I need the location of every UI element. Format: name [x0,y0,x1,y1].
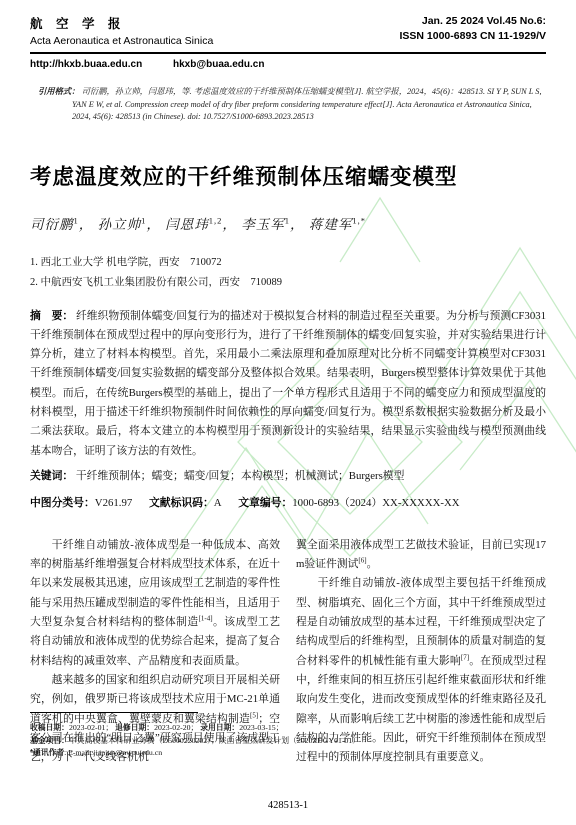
abstract-label: 摘 要： [30,310,73,322]
citation-block: 引用格式： 司衍鹏，孙立帅，闫恩玮，等. 考虑温度效应的干纤维预制体压缩蠕变模型… [38,86,546,124]
journal-title-chinese: 航 空 学 报 [30,14,213,32]
issue-info: Jan. 25 2024 Vol.45 No.6: ISSN 1000-6893… [399,14,546,44]
issn-line: ISSN 1000-6893 CN 11-1929/V [399,29,546,44]
citation-label: 引用格式： [38,87,80,96]
reference-marker: [1-4] [199,614,213,622]
journal-title-english: Acta Aeronautica et Astronautica Sinica [30,35,213,47]
issue-date-volume: Jan. 25 2024 Vol.45 No.6: [399,14,546,29]
body-paragraph: 干纤维自动铺放-液体成型主要包括干纤维预成型、树脂填充、固化三个方面，其中干纤维… [296,574,546,767]
author: 司衍鹏1， [30,217,93,232]
clc-value: V261.97 [95,497,133,509]
journal-email-link[interactable]: hkxb@buaa.edu.cn [173,59,264,70]
author-affiliation-sup: 1,* [352,215,366,225]
journal-contact-line: http://hkxb.buaa.edu.cn hkxb@buaa.edu.cn [30,59,546,70]
left-column: 干纤维自动铺放-液体成型是一种低成本、高效率的树脂基纤维增强复合材料成型技术体系… [30,536,280,768]
keywords-line: 关键词： 干纤维预制体；蠕变；蠕变/回复；本构模型；机械测试；Burgers模型 [30,468,546,483]
body-paragraph: 干纤维自动铺放-液体成型是一种低成本、高效率的树脂基纤维增强复合材料成型技术体系… [30,536,280,671]
journal-website-link[interactable]: http://hkxb.buaa.edu.cn [30,59,142,70]
masthead: 航 空 学 报 Acta Aeronautica et Astronautica… [30,14,546,47]
masthead-rule [30,52,546,54]
keywords-text: 干纤维预制体；蠕变；蠕变/回复；本构模型；机械测试；Burgers模型 [76,470,405,482]
reference-marker: [6] [358,557,366,565]
affiliation-list: 1. 西北工业大学 机电学院，西安 710072 2. 中航西安飞机工业集团股份… [30,253,546,293]
doc-code-label: 文献标识码： [149,497,214,509]
author: 闫恩玮1,2， [165,217,237,232]
right-column: 翼全面采用液体成型工艺做技术验证，目前已实现17 m验证件测试[6]。 干纤维自… [296,536,546,768]
author-corresponding: 蒋建军1,* [309,217,366,232]
body-paragraph: 越来越多的国家和组织启动研究项目开展相关研究，例如，俄罗斯已将该成型技术应用于M… [30,671,280,767]
abstract: 摘 要： 纤维织物预制体蠕变/回复行为的描述对于模拟复合材料的制造过程至关重要。… [30,307,546,461]
reference-marker: [7] [461,653,469,661]
keywords-label: 关键词： [30,470,73,482]
journal-identity: 航 空 学 报 Acta Aeronautica et Astronautica… [30,14,213,47]
affiliation-1: 1. 西北工业大学 机电学院，西安 710072 [30,253,546,273]
author-list: 司衍鹏1， 孙立帅1， 闫恩玮1,2， 李玉军1， 蒋建军1,* [30,213,546,233]
article-title: 考虑温度效应的干纤维预制体压缩蠕变模型 [30,160,546,191]
body-columns: 干纤维自动铺放-液体成型是一种低成本、高效率的树脂基纤维增强复合材料成型技术体系… [30,536,546,768]
article-no-label: 文章编号： [238,497,292,509]
abstract-text: 纤维织物预制体蠕变/回复行为的描述对于模拟复合材料的制造过程至关重要。为分析与预… [30,310,546,457]
page-content: 航 空 学 报 Acta Aeronautica et Astronautica… [0,0,576,825]
doc-code-value: A [214,497,222,509]
author-affiliation-sup: 1,2 [209,215,223,225]
author: 孙立帅1， [98,217,161,232]
reference-marker: [5] [250,711,258,719]
journal-page: { "header": { "journal_cn": "航 空 学 报", "… [0,0,576,825]
body-paragraph: 翼全面采用液体成型工艺做技术验证，目前已实现17 m验证件测试[6]。 [296,536,546,575]
author: 李玉军1， [241,217,304,232]
citation-text: 司衍鹏，孙立帅，闫恩玮，等. 考虑温度效应的干纤维预制体压缩蠕变模型[J]. 航… [72,87,542,121]
affiliation-2: 2. 中航西安飞机工业集团股份有限公司，西安 710089 [30,273,546,293]
classification-line: 中图分类号：V261.97 文献标识码：A 文章编号：1000-6893（202… [30,495,546,510]
clc-label: 中图分类号： [30,497,95,509]
article-no-value: 1000-6893（2024）XX-XXXXX-XX [292,497,459,509]
